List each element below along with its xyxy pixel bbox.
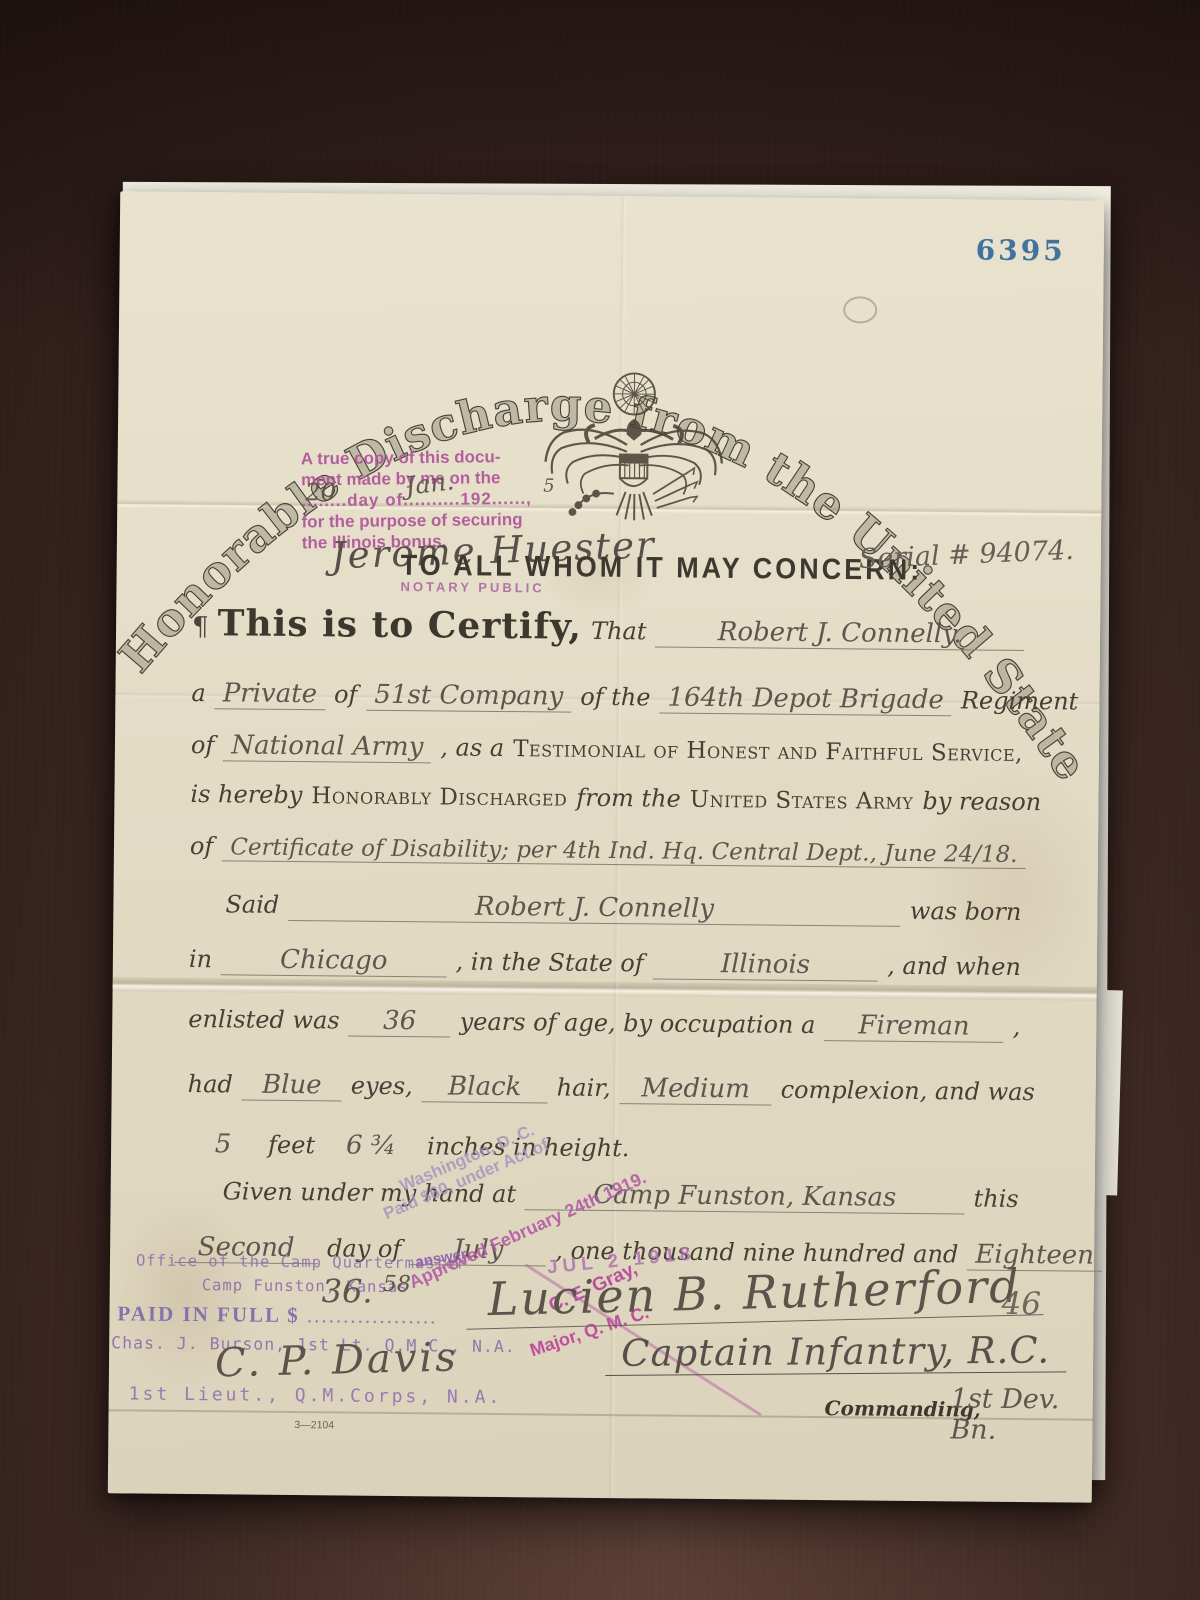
handwritten-army-branch: National Army (223, 730, 431, 763)
handwritten-eye-color: Blue (242, 1070, 342, 1102)
salutation: TO ALL WHOM IT MAY CONCERN: (401, 549, 923, 587)
handwritten-rank: Private (215, 678, 326, 710)
printed-text: this (973, 1185, 1018, 1213)
printed-text: feet (268, 1131, 315, 1159)
davis-title-stamp: 1st Lieut., Q.M.Corps, N.A. (129, 1383, 503, 1408)
printed-text: That (591, 617, 647, 646)
pencil-number: 46 (1001, 1286, 1041, 1322)
printed-smallcaps: United States Army (690, 787, 914, 815)
printed-text: in (189, 945, 212, 973)
handwritten-month: Jan. (404, 470, 455, 497)
printed-text: from the (576, 784, 681, 813)
age-occupation-line: enlisted was 36 years of age, by occupat… (188, 1004, 1020, 1043)
height-line: 5 feet 6 ¾ inches in height. (187, 1129, 1019, 1167)
photo-of-discharge-document: 6395 Honorable Discharge from the United… (0, 0, 1200, 1600)
printed-text: a (191, 679, 206, 707)
printed-text: , (1013, 1013, 1021, 1041)
paragraph-ornament: ¶ (192, 612, 209, 642)
certify-line: ¶ This is to Certify, That Robert J. Con… (192, 602, 1024, 652)
said-line: Said Robert J. Connelly was born (189, 889, 1021, 928)
handwritten-soldier-name: Robert J. Connelly (288, 890, 901, 927)
handwritten-occupation: Fireman (824, 1010, 1004, 1043)
printed-text: enlisted was (188, 1005, 340, 1034)
printed-text: Said (225, 890, 279, 919)
handwritten-age: 36 (349, 1006, 451, 1038)
printed-text: of the (580, 683, 651, 712)
davis-signature: C. P. Davis (215, 1334, 460, 1386)
dotted-leaders: .................. (307, 1303, 438, 1328)
printed-text: of (334, 680, 358, 708)
printed-text: , in the State of (455, 948, 643, 978)
handwritten-company: 51st Company (366, 680, 571, 713)
handwritten-soldier-name: Robert J. Connelly. (655, 616, 1024, 651)
handwritten-discharge-reason: Certificate of Disability; per 4th Ind. … (222, 834, 1025, 869)
printed-text: is hereby (190, 780, 302, 809)
form-number: 3—2104 (294, 1419, 334, 1431)
printed-text: Regiment (961, 686, 1079, 715)
printed-text: eyes, (351, 1072, 413, 1101)
handwritten-day: 20 (305, 482, 336, 503)
printed-text: , and when (887, 952, 1021, 981)
handwritten-hair-color: Black (422, 1071, 548, 1103)
discharge-certificate-paper: 6395 Honorable Discharge from the United… (108, 191, 1104, 1502)
handwritten-year-suffix: 5 (543, 476, 555, 497)
handwritten-complexion: Medium (620, 1073, 772, 1105)
handwritten-city: Chicago (221, 944, 447, 977)
handwritten-feet: 5 (187, 1129, 259, 1160)
handwritten-unit: 1st Dev. Bn. (950, 1383, 1093, 1446)
printed-text: of (191, 731, 215, 759)
printed-text: years of age, by occupation a (460, 1008, 816, 1039)
birthplace-line: in Chicago , in the State of Illinois , … (189, 944, 1021, 983)
description-line: had Blue eyes, Black hair, Medium comple… (188, 1069, 1020, 1108)
printed-smallcaps: Honorably Discharged (311, 783, 567, 811)
paid-in-full-stamp: PAID IN FULL $ .................. (117, 1301, 437, 1329)
printed-text: had (188, 1070, 233, 1098)
printed-text: hair, (557, 1074, 611, 1103)
reason-line: of Certificate of Disability; per 4th In… (190, 832, 1022, 869)
paid-in-full-text: PAID IN FULL $ (117, 1301, 299, 1327)
handwritten-inches: 6 ¾ (324, 1130, 418, 1161)
officer-rank-line: Captain Infantry, R.C. (605, 1328, 1066, 1376)
printed-text: was born (910, 897, 1022, 926)
printed-text: of (190, 832, 214, 860)
printed-smallcaps: Testimonial of Honest and Faithful Servi… (513, 736, 1023, 767)
handwritten-state: Illinois (653, 948, 879, 981)
printed-text: complexion, and was (781, 1076, 1035, 1106)
printed-text: , as a (440, 733, 504, 762)
certify-heading: This is to Certify, (217, 602, 582, 647)
handwritten-regiment: 164th Depot Brigade (659, 683, 952, 717)
printed-text: by reason (922, 787, 1041, 816)
